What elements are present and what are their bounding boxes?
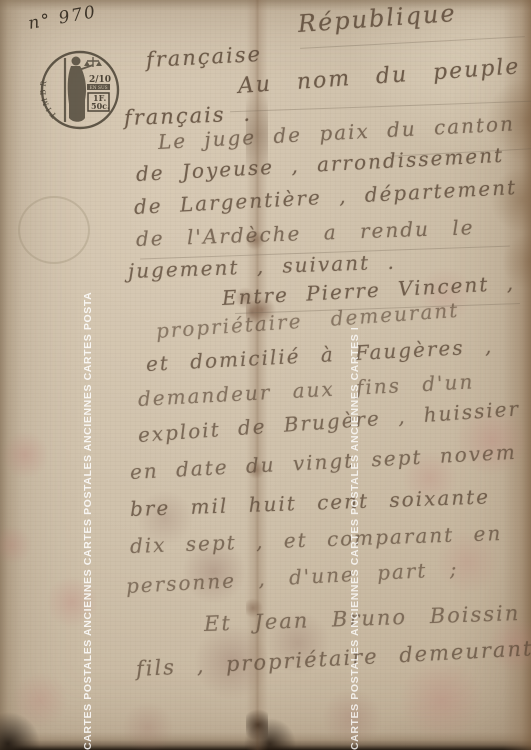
stamp-surcharge-amount: 2/10 [89,75,111,85]
guide-line [230,101,531,113]
manuscript-line: Au nom du peuple [237,54,521,99]
stamp-side-label: TIMBRE [38,46,58,121]
fiscal-stamp: 2/10 EN SUS 1F. 50c. TIMBRE [38,46,122,134]
watermark-left-column: CARTES POSTALES ANCIENNES CARTES POSTALE… [82,292,96,750]
stamp-value-box: 2/10 EN SUS 1F. 50c. [87,75,111,111]
manuscript-line: bre mil huit cent soixante [130,484,491,521]
svg-text:TIMBRE: TIMBRE [38,46,58,121]
manuscript-line: française [145,42,262,72]
guide-line [300,36,525,49]
manuscript-document-page: n° 970 2/10 EN SUS 1F. 50c. TIMBRE Répub… [0,0,531,750]
manuscript-line: fils , propriétaire demeurant [135,636,531,681]
folio-number: n° 970 [27,2,99,34]
manuscript-line-republique: République [297,0,457,38]
manuscript-line: personne , d'une part ; [125,557,459,598]
manuscript-line: et domicilié à Faugères , [145,334,493,376]
manuscript-line: en date du vingt sept novem [129,440,517,484]
manuscript-line: dix sept , et comparant en [130,521,503,558]
stamp-value-centimes: 50c. [91,101,110,111]
embossed-seal-impression [18,196,90,264]
manuscript-line: de l'Ardèche a rendu le [136,215,475,251]
manuscript-line: Et Jean Bruno Boissin , [204,600,531,636]
stamp-surcharge-note: EN SUS [90,86,108,91]
